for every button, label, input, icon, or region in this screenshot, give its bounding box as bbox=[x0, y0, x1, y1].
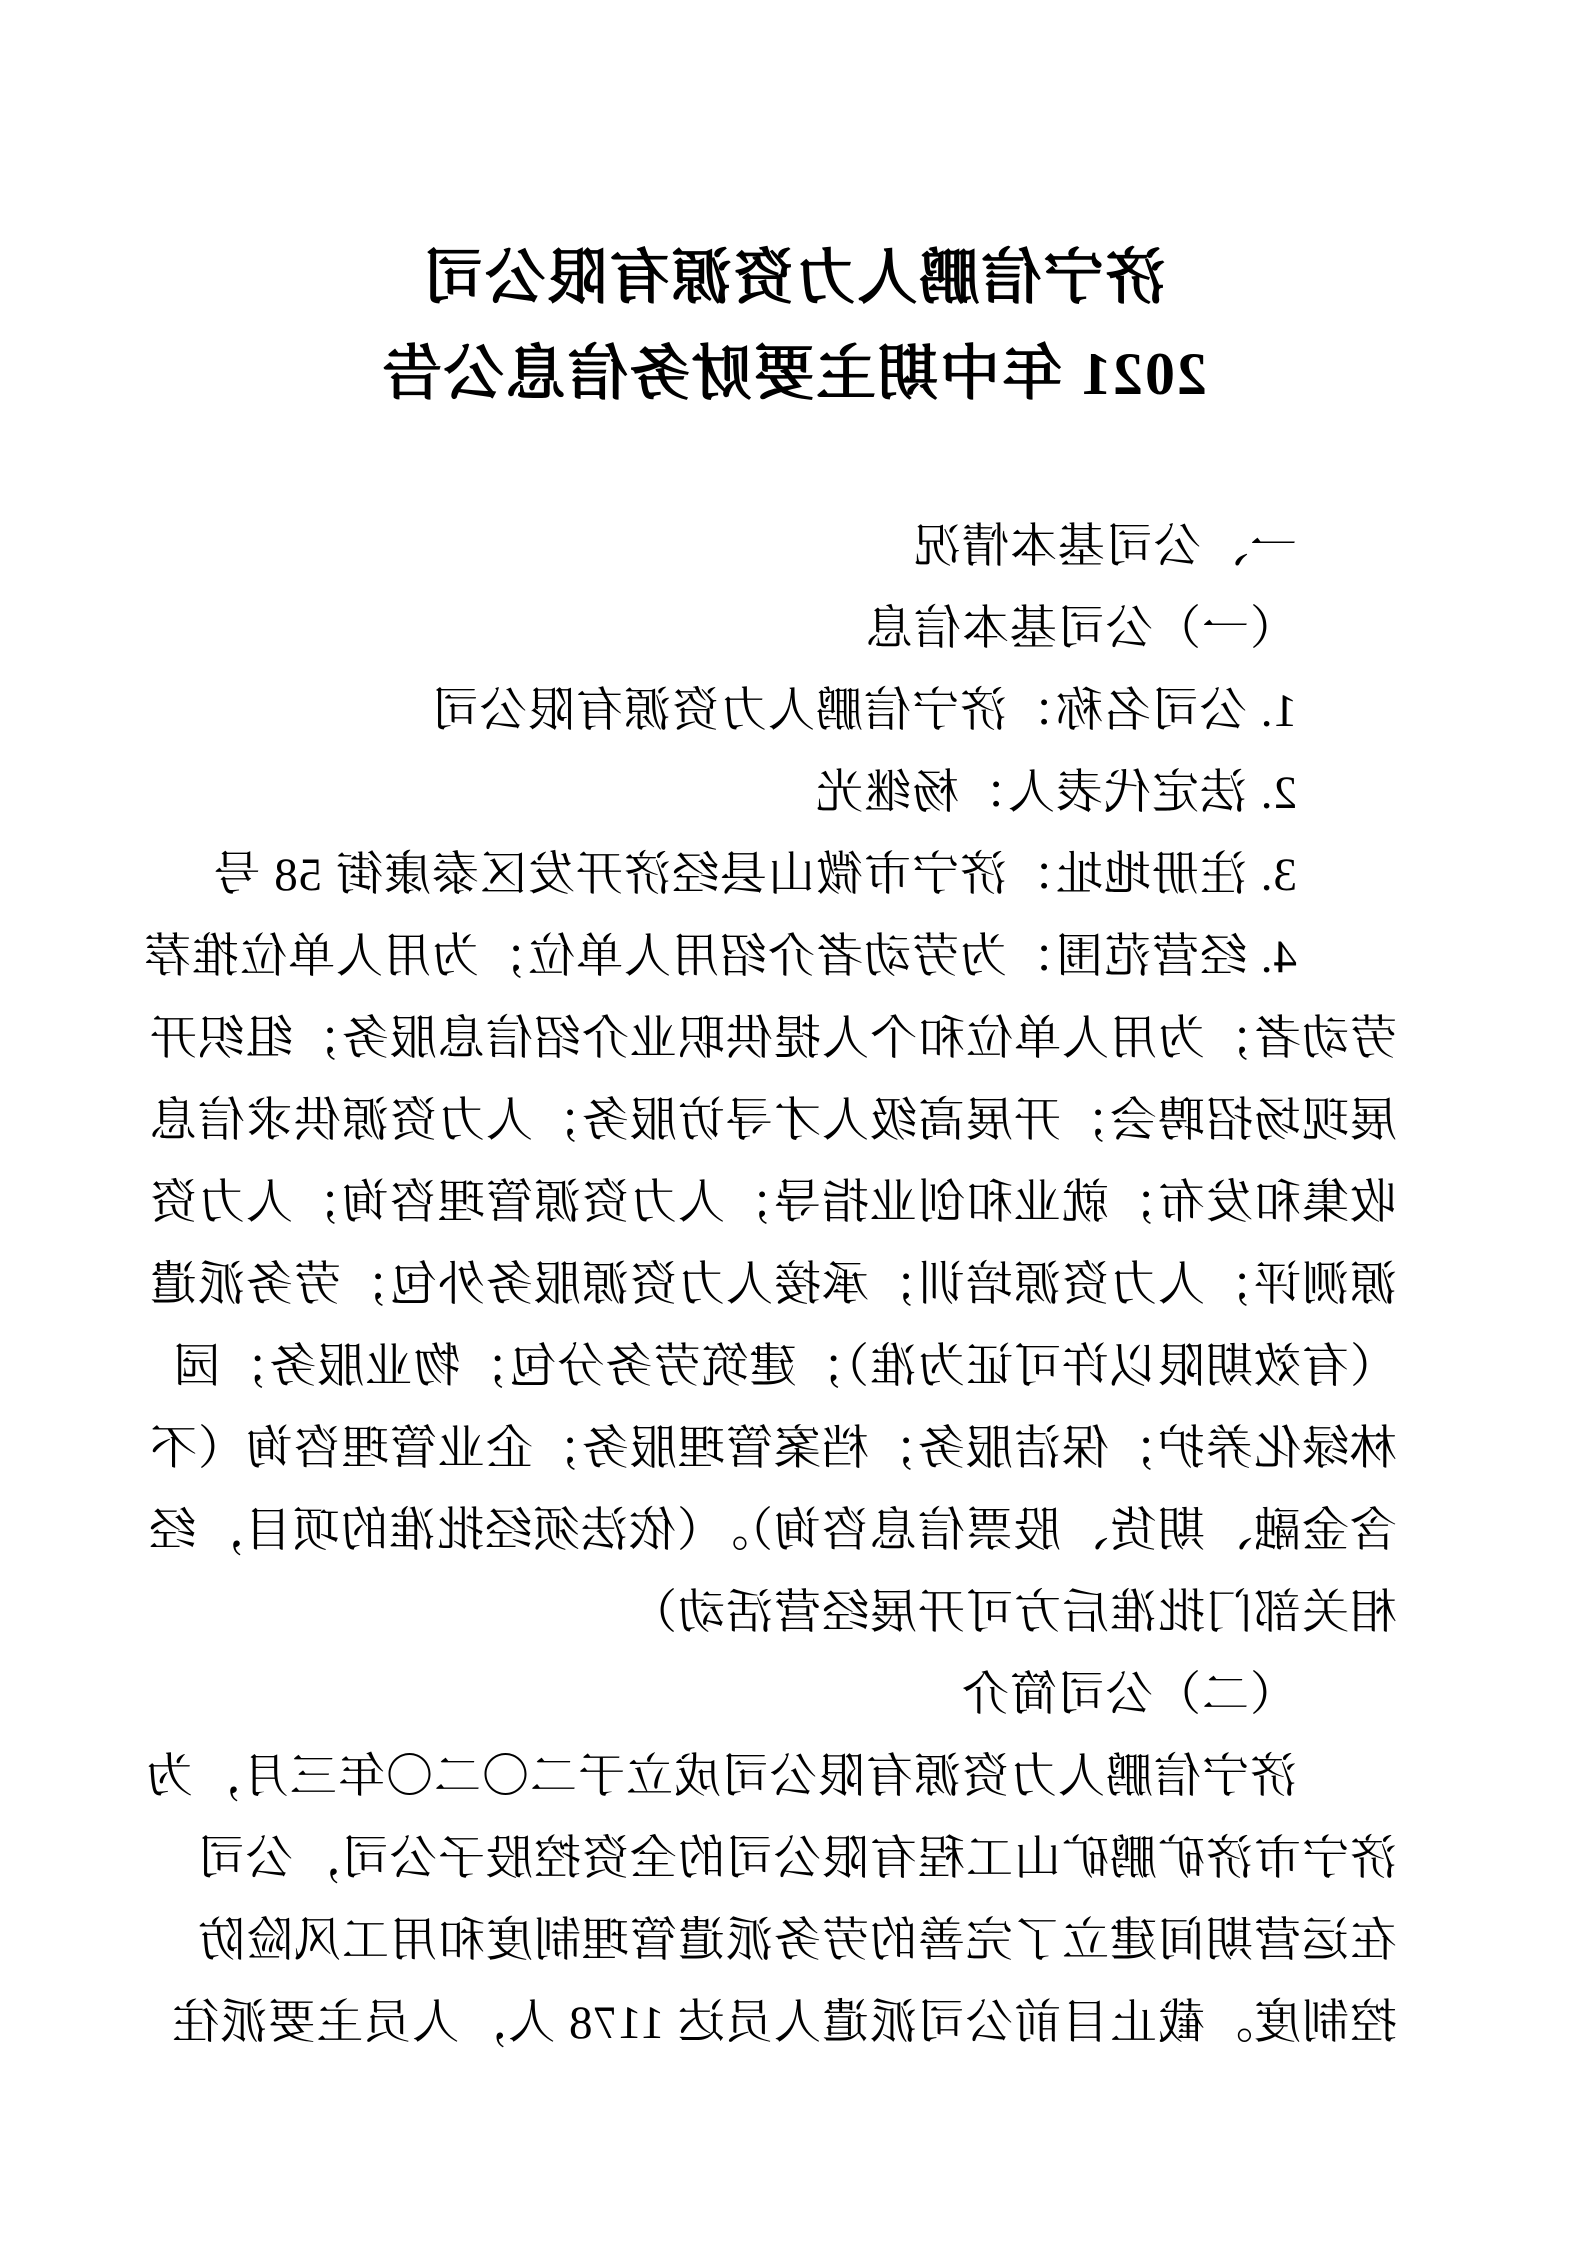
list-item-legal-representative: 2. 法定代表人：杨继光 bbox=[190, 752, 1397, 834]
title-block: 济宁信鹏人力资源有限公司 2021 年中期主要财务信息公告 bbox=[190, 230, 1397, 422]
sub-heading: （二）公司简介 bbox=[190, 1654, 1397, 1736]
body-line: 收集和发布；就业和创业指导；人力资源管理咨询；人力资 bbox=[190, 1162, 1397, 1244]
body-line: 源测评；人力资源培训；承接人力资源服务外包；劳务派遣 bbox=[190, 1244, 1397, 1326]
body-line: 展现场招聘会；开展高级人才寻访服务；人力资源供求信息 bbox=[190, 1080, 1397, 1162]
document-page: 济宁信鹏人力资源有限公司 2021 年中期主要财务信息公告 一、公司基本情况 （… bbox=[0, 0, 1587, 2245]
section-heading: 一、公司基本情况 bbox=[190, 506, 1397, 588]
list-item-company-name: 1. 公司名称：济宁信鹏人力资源有限公司 bbox=[190, 670, 1397, 752]
body-line: 控制度。截止目前公司派遣人员达 1178 人，人员主要派往 bbox=[190, 1982, 1397, 2064]
body-line: （有效期限以许可证为准）；建筑劳务分包；物业服务；园 bbox=[190, 1326, 1397, 1408]
body-line: 在运营期间建立了完善的劳务派遣管理制度和用工风险防 bbox=[190, 1900, 1397, 1982]
body-line: 相关部门批准后方可开展经营活动） bbox=[190, 1572, 1397, 1654]
body-line: 济宁市济矿鹏矿山工程有限公司的全资控股子公司，公司 bbox=[190, 1818, 1397, 1900]
document-body: 一、公司基本情况 （一）公司基本信息 1. 公司名称：济宁信鹏人力资源有限公司 … bbox=[190, 506, 1397, 2064]
document-title-line-1: 济宁信鹏人力资源有限公司 bbox=[190, 230, 1397, 326]
body-line: 含金融、期货、股票信息咨询）。（依法须经批准的项目，经 bbox=[190, 1490, 1397, 1572]
body-line: 林绿化养护；保洁服务；档案管理服务；企业管理咨询（不 bbox=[190, 1408, 1397, 1490]
body-line: 劳动者；为用人单位和个人提供职业介绍信息服务；组织开 bbox=[190, 998, 1397, 1080]
mirrored-page-content: 济宁信鹏人力资源有限公司 2021 年中期主要财务信息公告 一、公司基本情况 （… bbox=[0, 0, 1587, 2245]
paragraph-first-line: 济宁信鹏人力资源有限公司成立于二〇二〇年三月，为 bbox=[190, 1736, 1397, 1818]
sub-heading: （一）公司基本信息 bbox=[190, 588, 1397, 670]
list-item-business-scope: 4. 经营范围：为劳动者介绍用人单位；为用人单位推荐 bbox=[190, 916, 1397, 998]
document-title-line-2: 2021 年中期主要财务信息公告 bbox=[190, 326, 1397, 422]
list-item-registered-address: 3. 注册地址：济宁市微山县经济开发区泰康街 58 号 bbox=[190, 834, 1397, 916]
